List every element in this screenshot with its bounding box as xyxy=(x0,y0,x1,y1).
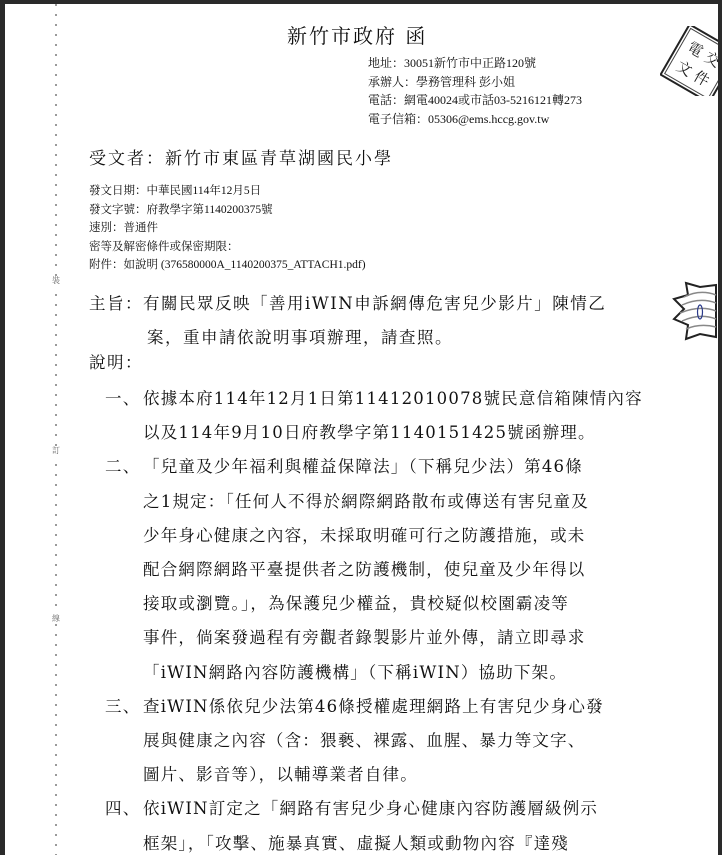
document-page: 裝 訂 線 新竹市政府 函 地址：30051新竹市中正路120號 承辦人：學務管… xyxy=(5,4,718,855)
document-title: 新竹市政府 函 xyxy=(287,20,427,49)
item-line: 框架」，「攻擊、施暴真實、虛擬人類或動物內容『達殘 xyxy=(143,827,645,855)
item-line: 之1規定：「任何人不得於網際網路散布或傳送有害兒童及 xyxy=(143,485,645,519)
sender-address: 地址：30051新竹市中正路120號 xyxy=(368,54,582,73)
sender-phone: 電話：網電40024或市話03-5216121轉273 xyxy=(368,91,582,110)
item-line: 事件，倘案發過程有旁觀者錄製影片並外傳，請立即尋求 xyxy=(143,621,645,655)
explanation-items: 一、 依據本府114年12月1日第11412010078號民意信箱陳情內容 以及… xyxy=(105,382,645,855)
seal-stamp-icon xyxy=(670,279,718,341)
item-line: 少年身心健康之內容，未採取明確可行之防護措施，或未 xyxy=(143,519,645,553)
document-meta: 發文日期：中華民國114年12月5日 發文字號：府教學字第1140200375號… xyxy=(89,182,366,275)
item-number: 一、 xyxy=(105,382,140,416)
item-line: 查iWIN係依兒少法第46條授權處理網路上有害兒少身心發 xyxy=(143,690,645,724)
subject-section: 主旨：有關民眾反映「善用iWIN申訴網傳危害兒少影片」陳情乙 案，重申請依說明事… xyxy=(89,287,606,355)
item-line: 展與健康之內容（含：猥褻、裸露、血腥、暴力等文字、 xyxy=(143,724,645,758)
binding-mark-zhuang: 裝 xyxy=(51,276,61,286)
item-line: 接取或瀏覽。」，為保護兒少權益，貴校疑似校園霸凌等 xyxy=(143,587,645,621)
svg-text:電: 電 xyxy=(684,38,706,61)
binding-mark-xian: 線 xyxy=(51,614,61,624)
explanation-item-1: 一、 依據本府114年12月1日第11412010078號民意信箱陳情內容 以及… xyxy=(105,382,645,450)
sender-email: 電子信箱：05306@ems.hccg.gov.tw xyxy=(368,110,582,129)
binding-mark-ding: 訂 xyxy=(51,446,61,456)
subject-line-1: 有關民眾反映「善用iWIN申訴網傳危害兒少影片」陳情乙 xyxy=(143,294,606,313)
recipient: 受文者：新竹市東區青草湖國民小學 xyxy=(89,144,393,169)
item-line: 依iWIN訂定之「網路有害兒少身心健康內容防護層級例示 xyxy=(143,792,645,826)
confidentiality: 密等及解密條件或保密期限： xyxy=(89,238,366,257)
item-number: 三、 xyxy=(105,690,140,724)
explanation-item-3: 三、 查iWIN係依兒少法第46條授權處理網路上有害兒少身心發 展與健康之內容（… xyxy=(105,690,645,793)
sender-contact-person: 承辦人：學務管理科 彭小姐 xyxy=(368,73,582,92)
item-line: 以及114年9月10日府教學字第1140151425號函辦理。 xyxy=(143,416,645,450)
item-number: 四、 xyxy=(105,792,140,826)
item-line: 圖片、影音等），以輔導業者自律。 xyxy=(143,758,645,792)
explanation-label: 說明： xyxy=(89,349,143,373)
issue-date: 發文日期：中華民國114年12月5日 xyxy=(89,182,366,201)
svg-text:件: 件 xyxy=(691,67,713,90)
binding-dotted-line xyxy=(55,4,57,855)
item-line: 配合網際網路平臺提供者之防護機制，使兒童及少年得以 xyxy=(143,553,645,587)
explanation-item-2: 二、 「兒童及少年福利與權益保障法」（下稱兒少法）第46條 之1規定：「任何人不… xyxy=(105,450,645,689)
subject-label: 主旨： xyxy=(89,287,143,321)
attachment[interactable]: 附件：如說明 (376580000A_1140200375_ATTACH1.pd… xyxy=(89,256,366,275)
item-line: 「iWIN網路內容防護機構」（下稱iWIN）協助下架。 xyxy=(143,656,645,690)
item-number: 二、 xyxy=(105,450,140,484)
svg-text:交: 交 xyxy=(702,48,718,71)
sender-info: 地址：30051新竹市中正路120號 承辦人：學務管理科 彭小姐 電話：網電40… xyxy=(368,54,582,128)
explanation-item-4: 四、 依iWIN訂定之「網路有害兒少身心健康內容防護層級例示 框架」，「攻擊、施… xyxy=(105,792,645,855)
svg-text:文: 文 xyxy=(673,57,695,80)
item-line: 依據本府114年12月1日第11412010078號民意信箱陳情內容 xyxy=(143,382,645,416)
item-line: 「兒童及少年福利與權益保障法」（下稱兒少法）第46條 xyxy=(143,450,645,484)
subject-line-2: 案，重申請依說明事項辦理，請查照。 xyxy=(89,321,606,355)
urgency: 速別：普通件 xyxy=(89,219,366,238)
document-number: 發文字號：府教學字第1140200375號 xyxy=(89,201,366,220)
electronic-exchange-stamp-icon: 電 文 交 件 xyxy=(660,26,718,96)
